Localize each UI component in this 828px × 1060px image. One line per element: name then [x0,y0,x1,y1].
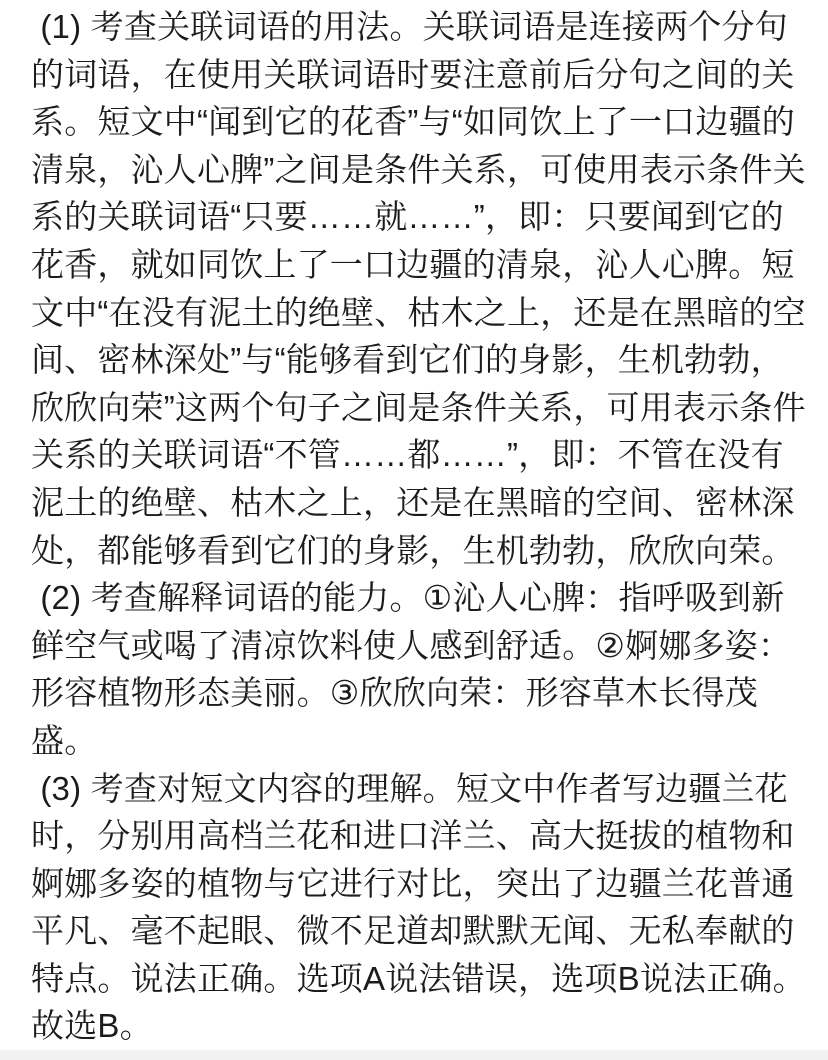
text-line: 故选B。 [31,1002,804,1050]
text-line: 时，分别用高档兰花和进口洋兰、高大挺拔的植物和 [31,812,804,860]
text-line: 特点。说法正确。选项A说法错误，选项B说法正确。 [31,955,804,1003]
text-line: 关系的关联词语“不管……都……”，即：不管在没有 [31,431,804,479]
text-line: 清泉，沁人心脾”之间是条件关系，可使用表示条件关 [31,146,804,194]
text-line: 泥土的绝壁、枯木之上，还是在黑暗的空间、密林深 [31,479,804,527]
answer-section-2: (2) 考查解释词语的能力。①沁人心脾：指呼吸到新 鲜空气或喝了清凉饮料使人感到… [31,574,804,764]
text-line: 文中“在没有泥土的绝壁、枯木之上，还是在黑暗的空 [31,289,804,337]
text-line: 系。短文中“闻到它的花香”与“如同饮上了一口边疆的 [31,98,804,146]
answer-section-1: (1) 考查关联词语的用法。关联词语是连接两个分句 的词语，在使用关联词语时要注… [31,3,804,574]
text-line: 的词语，在使用关联词语时要注意前后分句之间的关 [31,51,804,99]
text-line: 鲜空气或喝了清凉饮料使人感到舒适。②婀娜多姿： [31,622,804,670]
text-line: 花香，就如同饮上了一口边疆的清泉，沁人心脾。短 [31,241,804,289]
text-line: 平凡、毫不起眼、微不足道却默默无闻、无私奉献的 [31,907,804,955]
answer-document: (1) 考查关联词语的用法。关联词语是连接两个分句 的词语，在使用关联词语时要注… [0,0,828,1060]
text-line: 系的关联词语“只要……就……”，即：只要闻到它的 [31,193,804,241]
bottom-edge-strip [0,1050,828,1060]
text-line: 盛。 [31,717,804,765]
text-line: (3) 考查对短文内容的理解。短文中作者写边疆兰花 [31,765,804,813]
text-line: 欣欣向荣”这两个句子之间是条件关系，可用表示条件 [31,384,804,432]
answer-section-3: (3) 考查对短文内容的理解。短文中作者写边疆兰花 时，分别用高档兰花和进口洋兰… [31,765,804,1051]
text-line: 间、密林深处”与“能够看到它们的身影，生机勃勃， [31,336,804,384]
text-line: 婀娜多姿的植物与它进行对比，突出了边疆兰花普通 [31,860,804,908]
text-line: 处，都能够看到它们的身影，生机勃勃，欣欣向荣。 [31,527,804,575]
text-line: (1) 考查关联词语的用法。关联词语是连接两个分句 [31,3,804,51]
text-line: 形容植物形态美丽。③欣欣向荣：形容草木长得茂 [31,669,804,717]
text-line: (2) 考查解释词语的能力。①沁人心脾：指呼吸到新 [31,574,804,622]
